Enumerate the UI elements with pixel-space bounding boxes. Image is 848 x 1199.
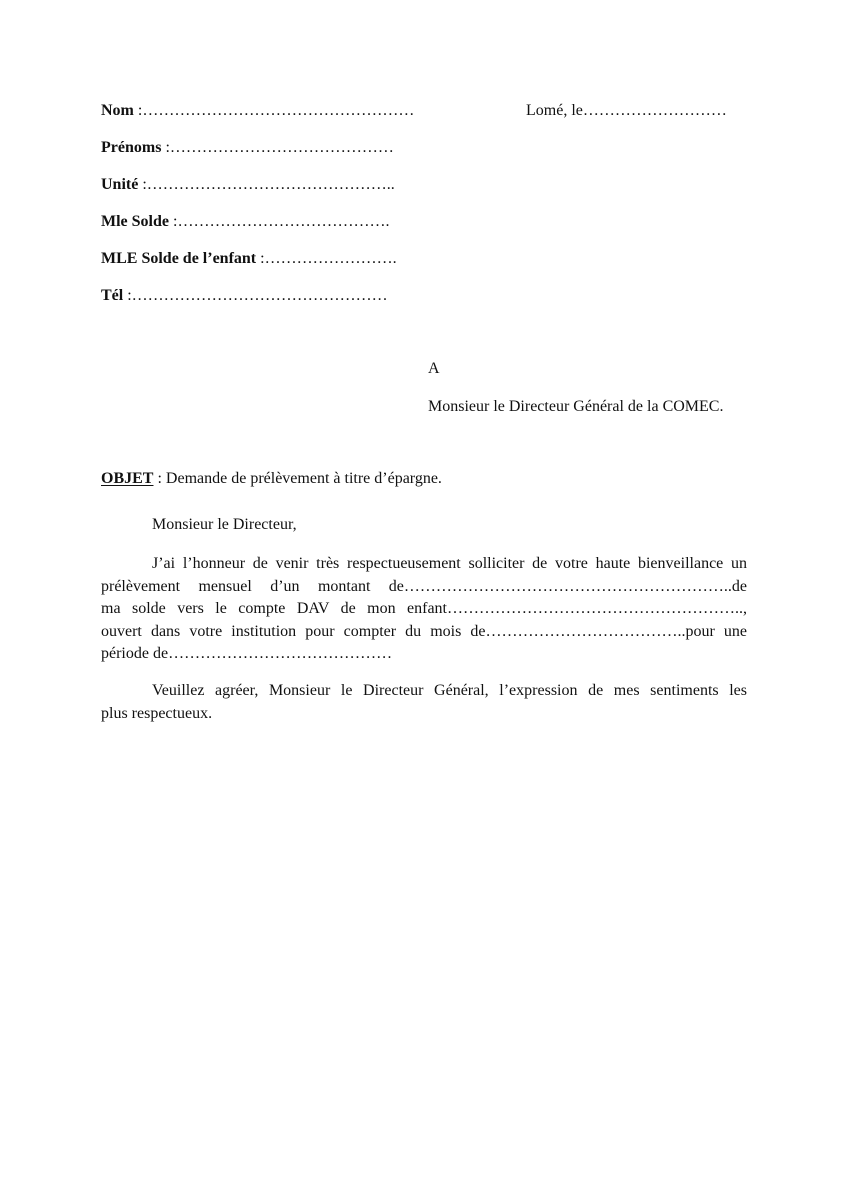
field-mle-solde: Mle Solde :…………………………………. (101, 214, 389, 230)
field-label: Prénoms (101, 139, 161, 156)
body-line: prélèvement mensuel d’un montant de……………… (101, 576, 747, 599)
field-label: Nom (101, 102, 134, 119)
place-date: Lomé, le……………………… (526, 103, 727, 119)
field-separator: : (256, 250, 264, 267)
field-leader: ……………………………………….. (147, 176, 395, 193)
field-label: MLE Solde de l’enfant (101, 250, 256, 267)
field-separator: : (161, 139, 169, 156)
field-leader: ……………………. (265, 250, 397, 267)
field-leader: …………………………………. (177, 213, 389, 230)
recipient-prefix: A (428, 361, 440, 377)
closing-line: plus respectueux. (101, 703, 747, 726)
field-label: Tél (101, 287, 123, 304)
body-line: J’ai l’honneur de venir très respectueus… (101, 553, 747, 576)
field-tel: Tél :………………………………………… (101, 288, 388, 304)
salutation: Monsieur le Directeur, (152, 517, 297, 533)
field-prenoms: Prénoms :…………………………………… (101, 140, 394, 156)
field-leader: …………………………………………… (142, 102, 414, 119)
recipient-name: Monsieur le Directeur Général de la COME… (428, 399, 723, 415)
subject-key: OBJET (101, 470, 153, 487)
subject-text: : Demande de prélèvement à titre d’éparg… (153, 470, 441, 487)
subject-line: OBJET : Demande de prélèvement à titre d… (101, 471, 442, 487)
closing-paragraph: Veuillez agréer, Monsieur le Directeur G… (101, 680, 747, 725)
body-line: ouvert dans votre institution pour compt… (101, 621, 747, 644)
field-leader: ………………………………………… (132, 287, 388, 304)
closing-line: Veuillez agréer, Monsieur le Directeur G… (101, 680, 747, 703)
field-leader: …………………………………… (170, 139, 394, 156)
body-line: ma solde vers le compte DAV de mon enfan… (101, 598, 747, 621)
field-nom: Nom :…………………………………………… (101, 103, 414, 119)
field-separator: : (123, 287, 131, 304)
body-line: période de…………………………………… (101, 643, 747, 666)
letter-page: Nom :…………………………………………… Prénoms :……………………… (0, 0, 848, 1199)
field-mle-solde-enfant: MLE Solde de l’enfant :……………………. (101, 251, 397, 267)
field-label: Unité (101, 176, 138, 193)
field-separator: : (138, 176, 146, 193)
field-unite: Unité :……………………………………….. (101, 177, 395, 193)
field-label: Mle Solde (101, 213, 169, 230)
body-paragraph: J’ai l’honneur de venir très respectueus… (101, 553, 747, 666)
